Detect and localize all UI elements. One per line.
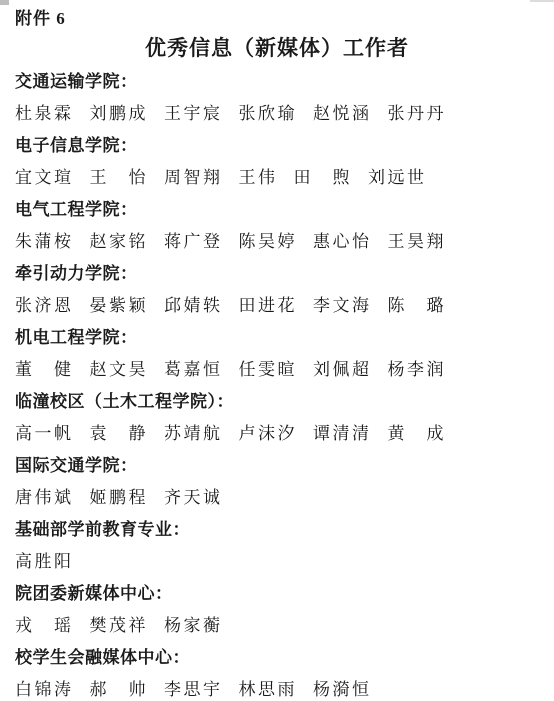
scan-artifact-top-right (530, 0, 554, 2)
person-name: 樊茂祥 (90, 610, 149, 642)
person-name: 苏靖航 (164, 418, 223, 450)
section-header: 机电工程学院： (15, 322, 540, 354)
person-name: 邱婧轶 (164, 290, 223, 322)
person-name: 田 煦 (294, 162, 353, 194)
person-name: 杨家蘅 (164, 610, 223, 642)
person-name: 杜泉霖 (15, 98, 74, 130)
name-row: 朱蒲桉赵家铭蒋广登陈吴婷惠心怡王昊翔 (15, 226, 540, 258)
person-name: 王 怡 (90, 162, 149, 194)
name-row: 宜文瑄王 怡周智翔王伟田 煦刘远世 (15, 162, 540, 194)
person-name: 蒋广登 (164, 226, 223, 258)
person-name: 高一帆 (15, 418, 74, 450)
sections-list: 交通运输学院：杜泉霖刘鹏成王宇宸张欣瑜赵悦涵张丹丹电子信息学院：宜文瑄王 怡周智… (0, 66, 554, 701)
person-name: 陈吴婷 (239, 226, 298, 258)
person-name: 刘远世 (368, 162, 427, 194)
person-name: 李文海 (313, 290, 372, 322)
person-name: 高胜阳 (15, 546, 74, 578)
person-name: 谭清清 (313, 418, 372, 450)
person-name: 黄 成 (388, 418, 447, 450)
name-row: 戎 瑶樊茂祥杨家蘅 (15, 610, 540, 642)
document-page: 附件 6 优秀信息（新媒体）工作者 交通运输学院：杜泉霖刘鹏成王宇宸张欣瑜赵悦涵… (0, 0, 554, 701)
name-row: 高一帆袁 静苏靖航卢沫汐谭清清黄 成 (15, 418, 540, 450)
attachment-label: 附件 6 (0, 0, 554, 29)
person-name: 惠心怡 (313, 226, 372, 258)
person-name: 李思宇 (164, 674, 223, 701)
person-name: 刘佩超 (313, 354, 372, 386)
person-name: 张济恩 (15, 290, 74, 322)
person-name: 张丹丹 (388, 98, 447, 130)
person-name: 赵家铭 (90, 226, 149, 258)
person-name: 杨李润 (388, 354, 447, 386)
section-header: 临潼校区（土木工程学院）： (15, 386, 540, 418)
person-name: 周智翔 (164, 162, 223, 194)
section-header: 牵引动力学院： (15, 258, 540, 290)
person-name: 郝 帅 (90, 674, 149, 701)
person-name: 唐伟斌 (15, 482, 74, 514)
person-name: 白锦涛 (15, 674, 74, 701)
section-header: 电气工程学院： (15, 194, 540, 226)
person-name: 戎 瑶 (15, 610, 74, 642)
person-name: 齐天诚 (164, 482, 223, 514)
person-name: 林思雨 (239, 674, 298, 701)
person-name: 王宇宸 (164, 98, 223, 130)
name-row: 高胜阳 (15, 546, 540, 578)
person-name: 赵悦涵 (313, 98, 372, 130)
document-title: 优秀信息（新媒体）工作者 (0, 36, 554, 62)
section-header: 院团委新媒体中心： (15, 578, 540, 610)
person-name: 姬鹏程 (90, 482, 149, 514)
name-row: 董 健赵文昊葛嘉恒任雯暄刘佩超杨李润 (15, 354, 540, 386)
person-name: 张欣瑜 (239, 98, 298, 130)
name-row: 杜泉霖刘鹏成王宇宸张欣瑜赵悦涵张丹丹 (15, 98, 540, 130)
person-name: 宜文瑄 (15, 162, 74, 194)
person-name: 朱蒲桉 (15, 226, 74, 258)
person-name: 刘鹏成 (90, 98, 149, 130)
person-name: 杨漪恒 (313, 674, 372, 701)
name-row: 唐伟斌姬鹏程齐天诚 (15, 482, 540, 514)
person-name: 葛嘉恒 (164, 354, 223, 386)
person-name: 卢沫汐 (239, 418, 298, 450)
person-name: 晏紫颖 (90, 290, 149, 322)
section-header: 电子信息学院： (15, 130, 540, 162)
person-name: 任雯暄 (239, 354, 298, 386)
name-row: 白锦涛郝 帅李思宇林思雨杨漪恒 (15, 674, 540, 701)
scan-artifact-top-left (0, 0, 9, 5)
section-header: 基础部学前教育专业： (15, 514, 540, 546)
name-row: 张济恩晏紫颖邱婧轶田进花李文海陈 璐 (15, 290, 540, 322)
person-name: 董 健 (15, 354, 74, 386)
section-header: 校学生会融媒体中心： (15, 642, 540, 674)
person-name: 田进花 (239, 290, 298, 322)
section-header: 国际交通学院： (15, 450, 540, 482)
section-header: 交通运输学院： (15, 66, 540, 98)
person-name: 陈 璐 (388, 290, 447, 322)
person-name: 王伟 (239, 162, 278, 194)
person-name: 王昊翔 (388, 226, 447, 258)
person-name: 赵文昊 (90, 354, 149, 386)
person-name: 袁 静 (90, 418, 149, 450)
